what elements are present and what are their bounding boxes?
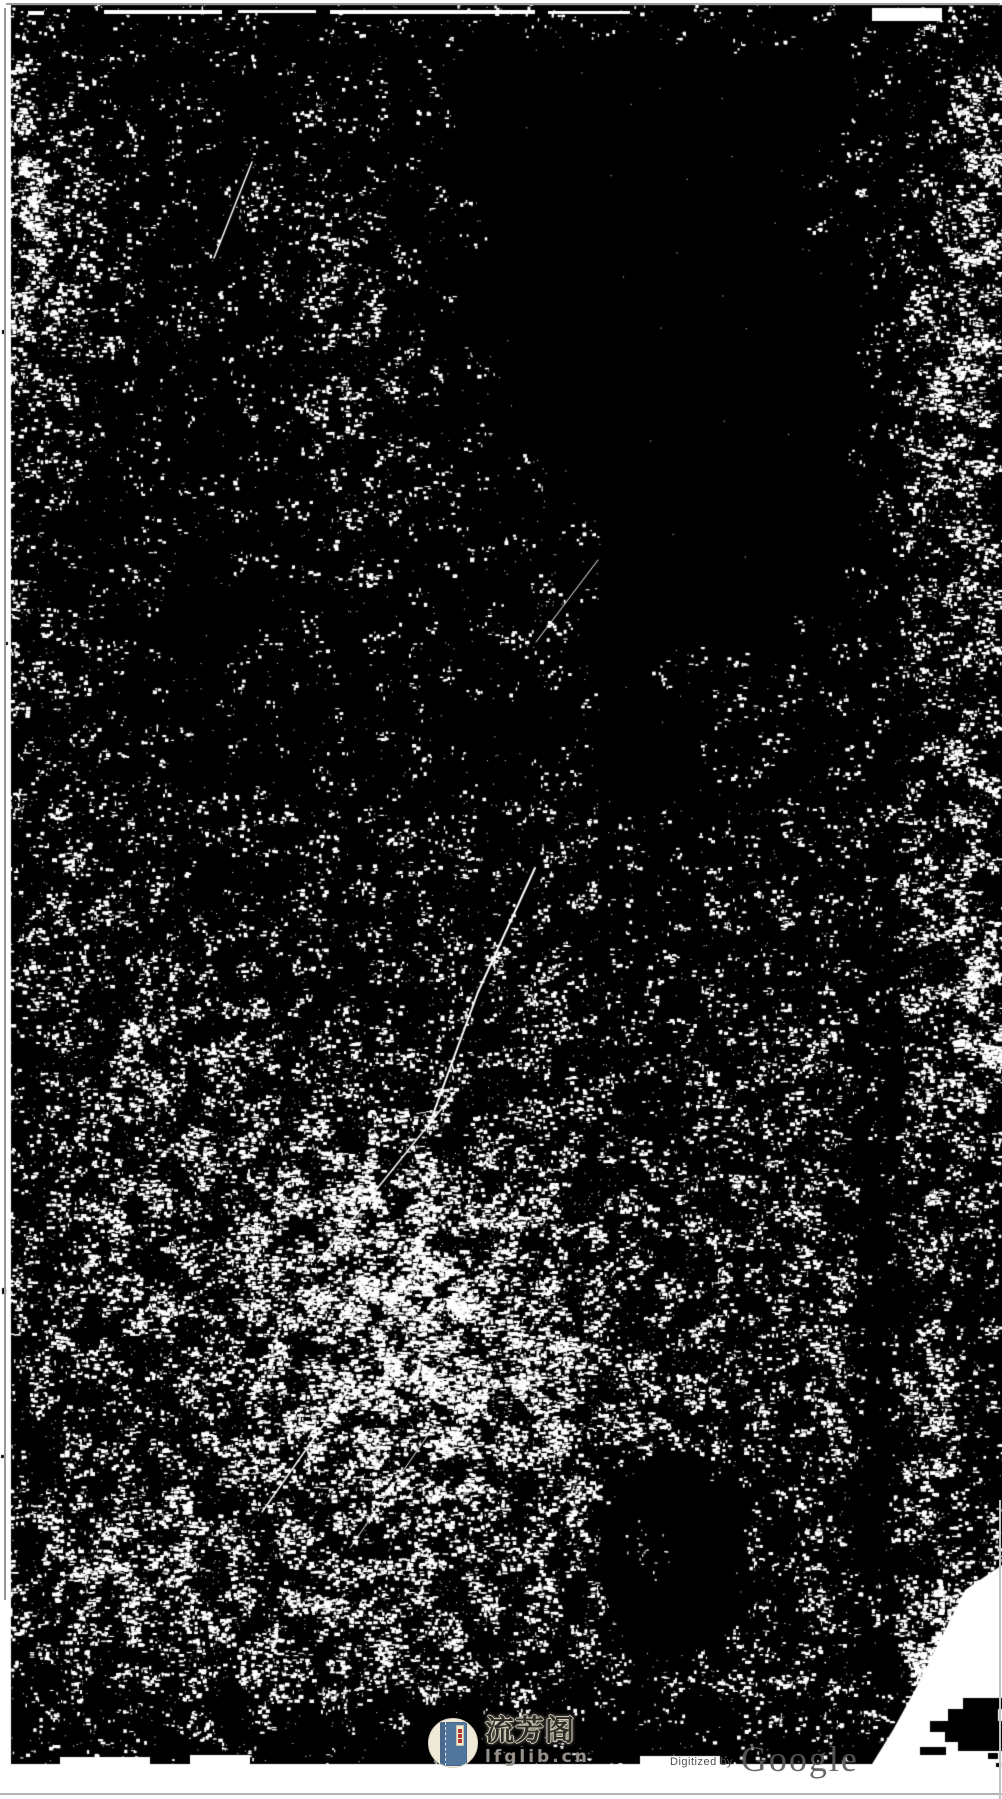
scan-edge-line-bottom [0, 1793, 1002, 1795]
rubbing-texture-canvas [0, 0, 1002, 1799]
book-title-label [456, 1725, 464, 1746]
site-domain: lfglib.cn [485, 1748, 590, 1766]
scanned-rubbing-page: 流芳阁 lfglib.cn Digitized by Google [0, 0, 1002, 1799]
digitized-by-label: Digitized by [670, 1756, 733, 1768]
lfglib-watermark-texts: 流芳阁 lfglib.cn [485, 1716, 590, 1766]
site-name: 流芳阁 [485, 1716, 590, 1746]
scan-edge-line-top [6, 3, 1000, 5]
book-icon [440, 1722, 467, 1766]
book-spine-stitching [440, 1722, 446, 1766]
google-brand: Google [741, 1738, 859, 1780]
lfglib-logo-circle [428, 1718, 478, 1768]
scan-edge-line-left [4, 8, 6, 1600]
scan-edge-line-right [999, 1500, 1001, 1799]
google-watermark: Digitized by Google [670, 1738, 859, 1780]
